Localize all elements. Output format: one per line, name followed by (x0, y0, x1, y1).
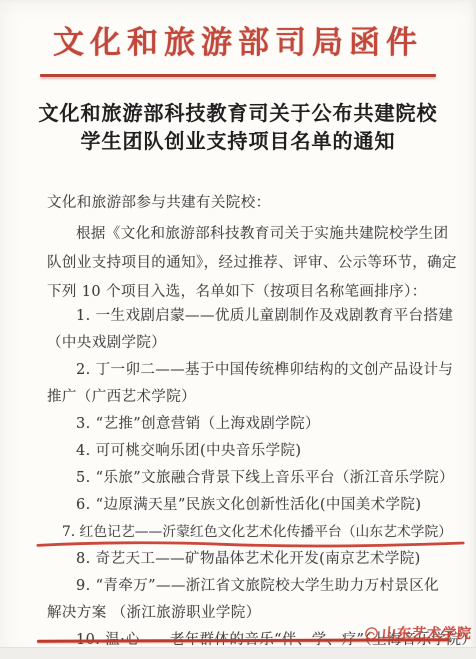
watermark-label: 山东艺术学院 (381, 623, 472, 643)
project-line: 5. “乐旅”文旅融合背景下线上音乐平台（浙江音乐学院） (47, 465, 450, 492)
project-line: 1. 一生戏剧启蒙——优质儿童剧制作及戏剧教育平台搭建 (47, 303, 450, 330)
project-line: 2. 丁一卯二——基于中国传统榫卯结构的文创产品设计与 (47, 357, 450, 384)
project-line: 8. 奇艺天工——矿物晶体艺术化开发(南京艺术学院) (47, 546, 450, 573)
project-item: 4. 可可桃交响乐团(中央音乐学院) (47, 438, 450, 465)
notice-body: 文化和旅游部参与共建有关院校： 根据《文化和旅游部科技教育司关于实施共建院校学生… (47, 190, 450, 654)
project-line: 推广（广西艺术学院） (47, 384, 450, 411)
project-list: 1. 一生戏剧启蒙——优质儿童剧制作及戏剧教育平台搭建（中央戏剧学院）2. 丁一… (47, 303, 450, 654)
scan-edge-strip (0, 647, 476, 659)
project-line: 4. 可可桃交响乐团(中央音乐学院) (47, 438, 450, 465)
salutation: 文化和旅游部参与共建有关院校： (47, 190, 450, 216)
notice-title-line2: 学生团队创业支持项目名单的通知 (18, 127, 458, 155)
project-item: 5. “乐旅”文旅融合背景下线上音乐平台（浙江音乐学院） (47, 465, 450, 492)
intro-paragraph: 根据《文化和旅游部科技教育司关于实施共建院校学生团队创业支持项目的通知》，经过推… (47, 220, 450, 307)
project-line: 7. 红色记艺——沂蒙红色文化艺术化传播平台（山东艺术学院） (47, 519, 450, 546)
project-item: 9. “青牵万”——浙江省文旅院校大学生助力万村景区化解决方案 （浙江旅游职业学… (47, 573, 450, 627)
project-item: 2. 丁一卯二——基于中国传统榫卯结构的文创产品设计与推广（广西艺术学院） (47, 357, 450, 411)
project-line: 6. “边原满天星”民族文化创新性活化(中国美术学院) (47, 492, 450, 519)
intro-line: 队创业支持项目的通知》，经过推荐、评审、公示等环节，确定 (47, 249, 450, 278)
project-line: 9. “青牵万”——浙江省文旅院校大学生助力万村景区化 (47, 573, 450, 600)
watermark: 山东艺术学院 (363, 623, 472, 643)
project-item: 6. “边原满天星”民族文化创新性活化(中国美术学院) (47, 492, 450, 519)
project-item: 1. 一生戏剧启蒙——优质儿童剧制作及戏剧教育平台搭建（中央戏剧学院） (47, 303, 450, 357)
project-item: 7. 红色记艺——沂蒙红色文化艺术化传播平台（山东艺术学院） (47, 519, 450, 546)
project-line: 3. “艺推”创意营销（上海戏剧学院） (47, 411, 450, 438)
banner-divider (40, 74, 436, 77)
document-banner-title: 文化和旅游部司局函件 (0, 17, 476, 62)
notice-title-line1: 文化和旅游部科技教育司关于公布共建院校 (18, 99, 458, 127)
intro-line: 根据《文化和旅游部科技教育司关于实施共建院校学生团 (47, 220, 450, 249)
notice-title: 文化和旅游部科技教育司关于公布共建院校 学生团队创业支持项目名单的通知 (18, 99, 458, 155)
project-line: （中央戏剧学院） (47, 330, 450, 357)
scanned-notice-document: 文化和旅游部司局函件 文化和旅游部科技教育司关于公布共建院校 学生团队创业支持项… (0, 0, 476, 659)
university-seal-icon (363, 626, 379, 641)
project-item: 3. “艺推”创意营销（上海戏剧学院） (47, 411, 450, 438)
project-item: 8. 奇艺天工——矿物晶体艺术化开发(南京艺术学院) (47, 546, 450, 573)
